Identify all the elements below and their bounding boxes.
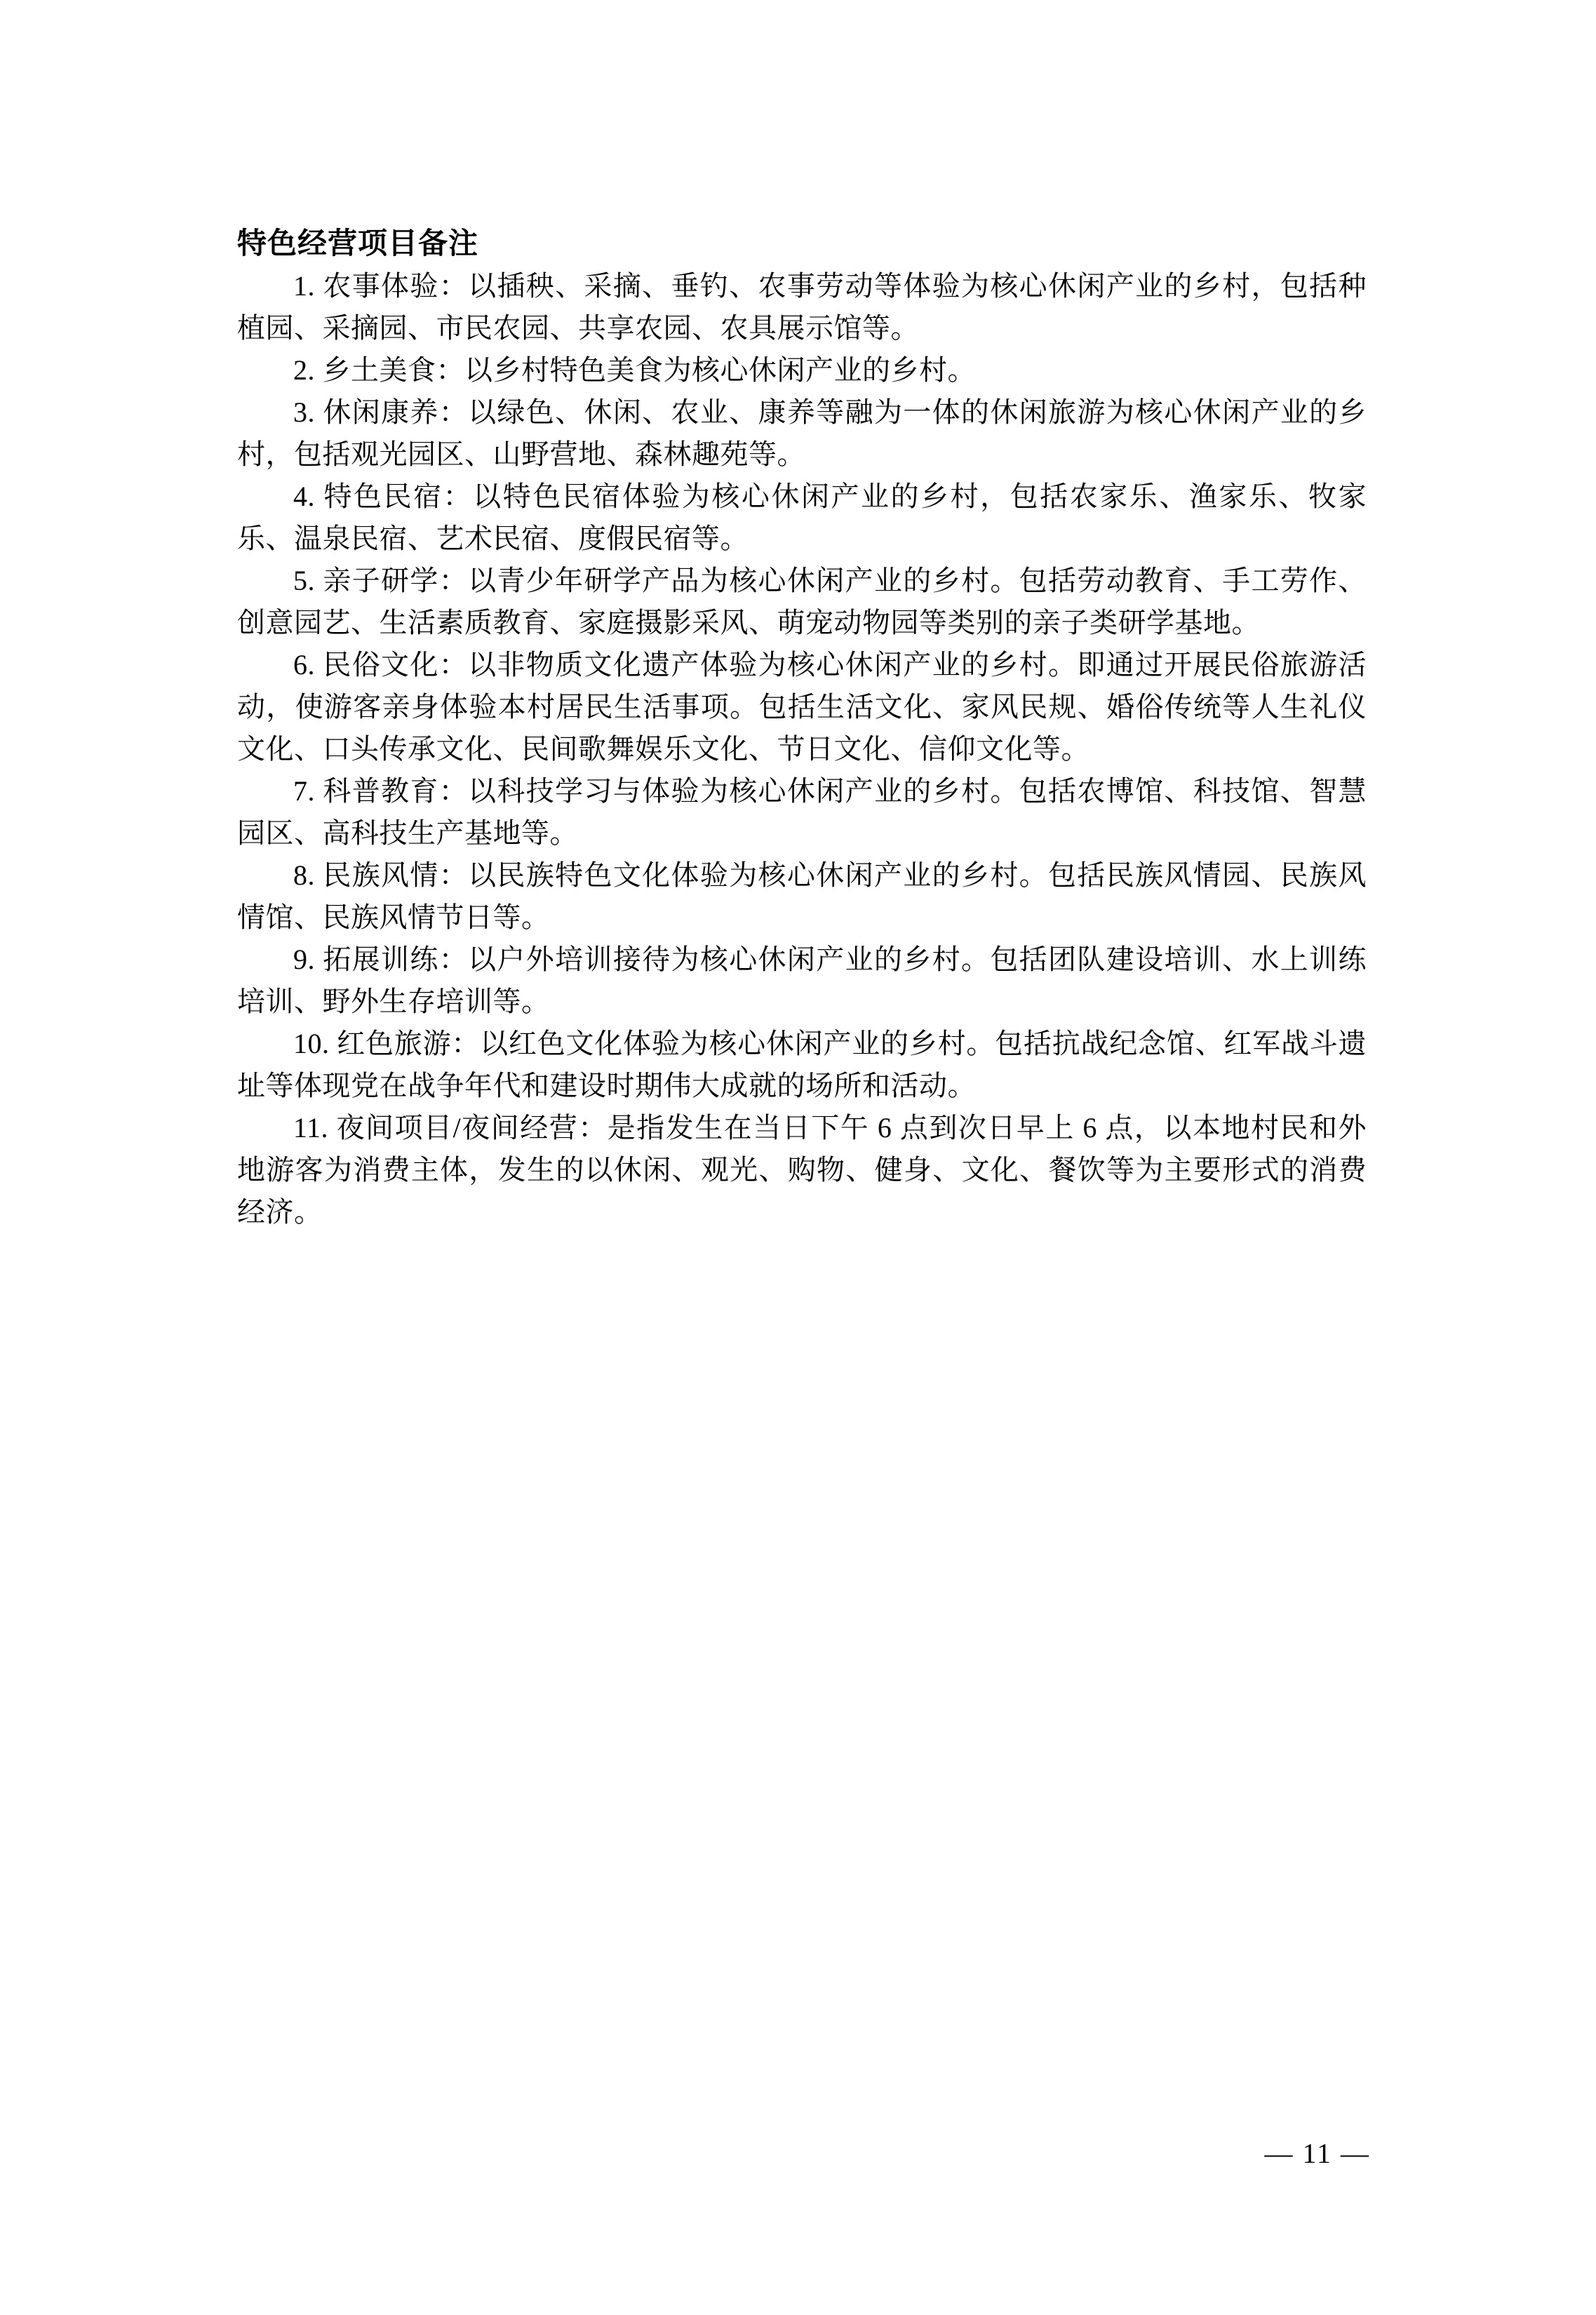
- paragraph-item-2: 2. 乡土美食：以乡村特色美食为核心休闲产业的乡村。: [237, 349, 1367, 391]
- paragraph-item-10: 10. 红色旅游：以红色文化体验为核心休闲产业的乡村。包括抗战纪念馆、红军战斗遗…: [237, 1023, 1367, 1107]
- paragraph-item-8: 8. 民族风情：以民族特色文化体验为核心休闲产业的乡村。包括民族风情园、民族风情…: [237, 854, 1367, 939]
- document-page: 特色经营项目备注 1. 农事体验：以插秧、采摘、垂钓、农事劳动等体验为核心休闲产…: [0, 0, 1596, 2315]
- paragraph-item-5: 5. 亲子研学：以青少年研学产品为核心休闲产业的乡村。包括劳动教育、手工劳作、创…: [237, 560, 1367, 644]
- paragraph-item-6: 6. 民俗文化：以非物质文化遗产体验为核心休闲产业的乡村。即通过开展民俗旅游活动…: [237, 644, 1367, 770]
- paragraph-item-11: 11. 夜间项目/夜间经营：是指发生在当日下午 6 点到次日早上 6 点，以本地…: [237, 1107, 1367, 1233]
- paragraph-item-4: 4. 特色民宿：以特色民宿体验为核心休闲产业的乡村，包括农家乐、渔家乐、牧家乐、…: [237, 476, 1367, 560]
- document-body: 特色经营项目备注 1. 农事体验：以插秧、采摘、垂钓、农事劳动等体验为核心休闲产…: [237, 223, 1367, 1233]
- page-number: — 11 —: [1264, 2133, 1370, 2175]
- paragraph-item-1: 1. 农事体验：以插秧、采摘、垂钓、农事劳动等体验为核心休闲产业的乡村，包括种植…: [237, 265, 1367, 349]
- paragraph-item-3: 3. 休闲康养：以绿色、休闲、农业、康养等融为一体的休闲旅游为核心休闲产业的乡村…: [237, 391, 1367, 476]
- paragraph-item-7: 7. 科普教育：以科技学习与体验为核心休闲产业的乡村。包括农博馆、科技馆、智慧园…: [237, 770, 1367, 854]
- section-heading: 特色经营项目备注: [237, 223, 1367, 265]
- paragraph-item-9: 9. 拓展训练：以户外培训接待为核心休闲产业的乡村。包括团队建设培训、水上训练培…: [237, 939, 1367, 1023]
